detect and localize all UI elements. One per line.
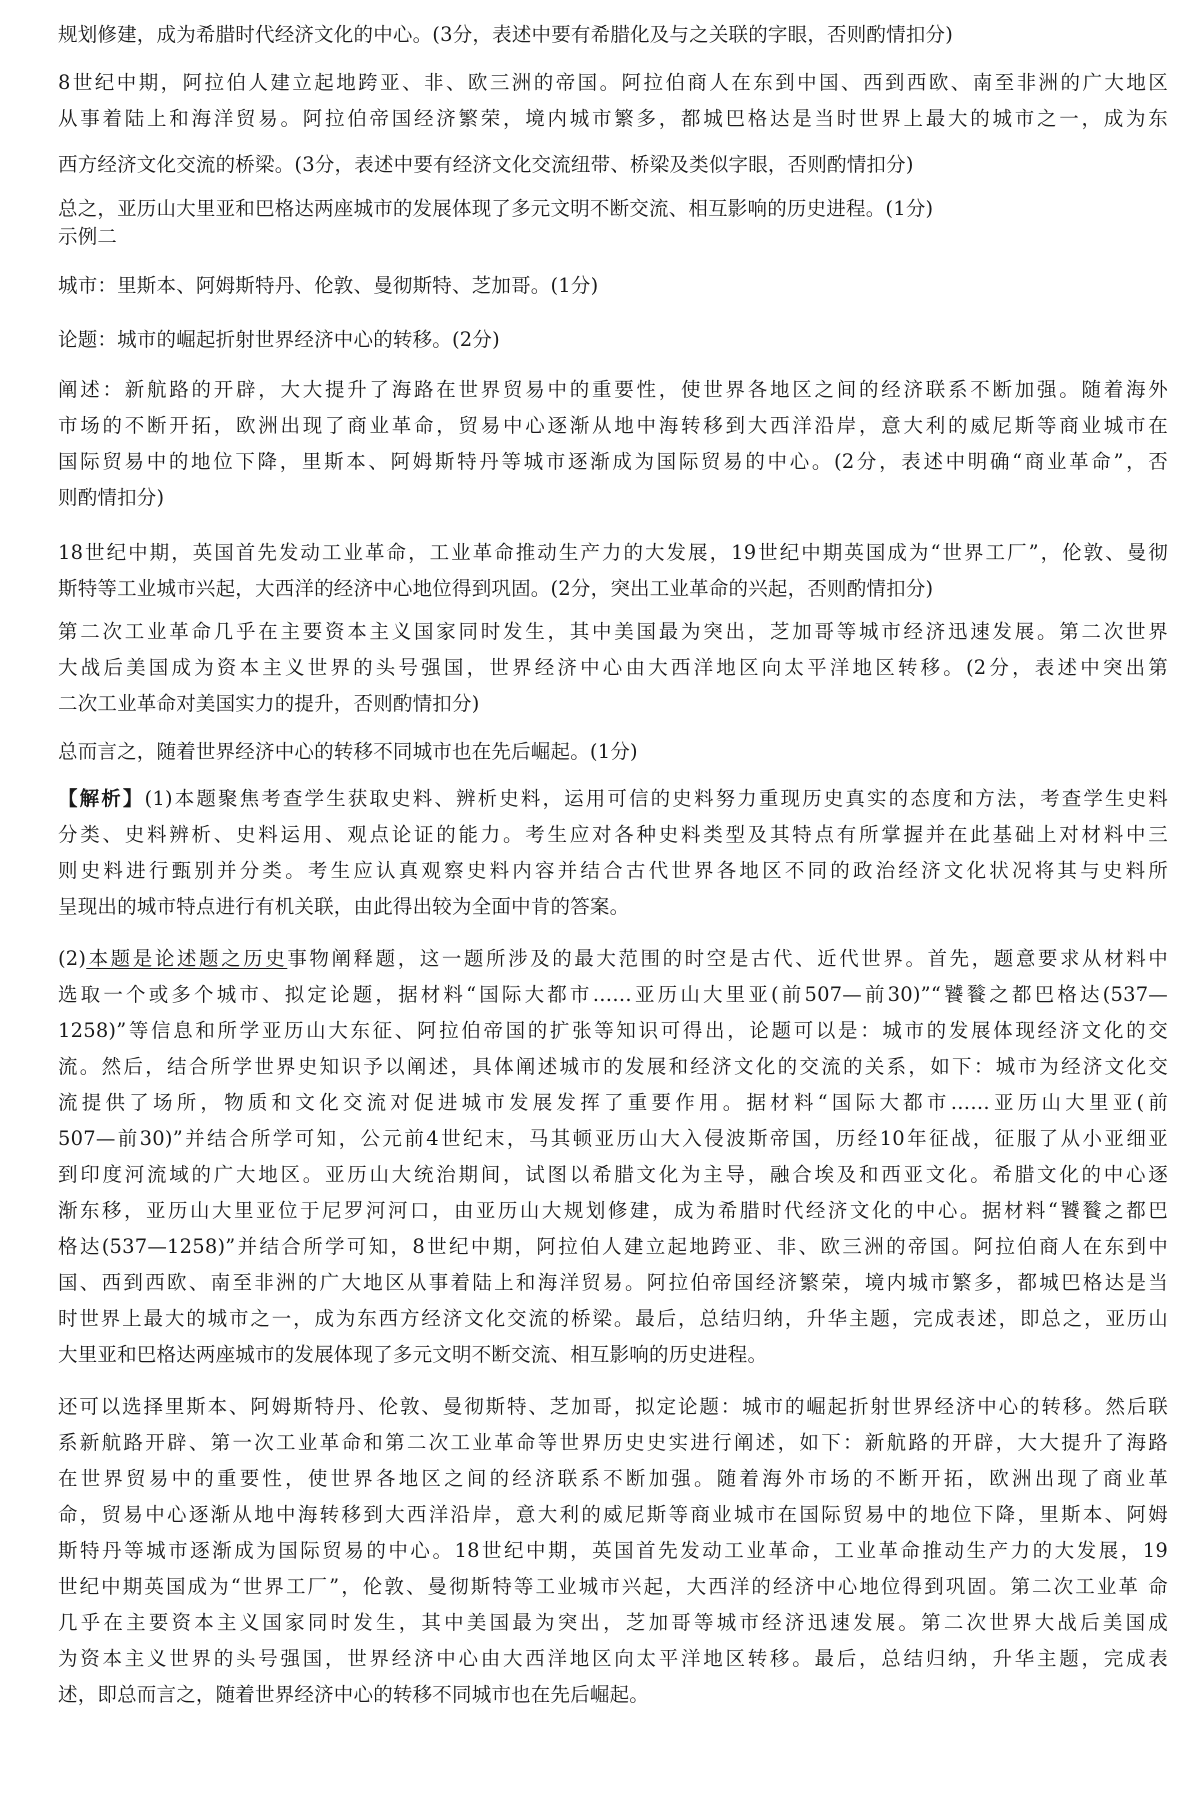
example2-paragraph-2-line: 18世纪中期，英国首先发动工业革命，工业革命推动生产力的大发展，19世纪中期英国… xyxy=(58,540,1168,566)
example2-paragraph-2-line: 斯特等工业城市兴起，大西洋的经济中心地位得到巩固。(2分，突出工业革命的兴起，否… xyxy=(58,576,933,602)
example2-thesis: 论题：城市的崛起折射世界经济中心的转移。(2分) xyxy=(58,327,500,353)
underlined-phrase: 本题是论述题之历史 xyxy=(86,947,287,970)
analysis-part3-line: 系新航路开辟、第一次工业革命和第二次工业革命等世界历史史实进行阐述，如下：新航路… xyxy=(58,1430,1168,1456)
example1-paragraph-2-line: 从事着陆上和海洋贸易。阿拉伯帝国经济繁荣，境内城市繁多，都城巴格达是当时世界上最… xyxy=(58,106,1168,132)
analysis-part2-line: 选取一个或多个城市、拟定论题，据材料“国际大都市……亚历山大里亚(前507—前3… xyxy=(58,982,1168,1008)
example2-paragraph-1-line: 阐述：新航路的开辟，大大提升了海路在世界贸易中的重要性，使世界各地区之间的经济联… xyxy=(58,377,1168,403)
analysis-part3-line: 几乎在主要资本主义国家同时发生，其中美国最为突出，芝加哥等城市经济迅速发展。第二… xyxy=(58,1610,1168,1636)
analysis-part2-line: 流。然后，结合所学世界史知识予以阐述，具体阐述城市的发展和经济文化的交流的关系，… xyxy=(58,1054,1168,1080)
example2-heading: 示例二 xyxy=(58,224,117,250)
analysis-part2-line: 507—前30)”并结合所学可知，公元前4世纪末，马其顿亚历山大入侵波斯帝国，历… xyxy=(58,1126,1168,1152)
analysis-part3-line: 斯特丹等城市逐渐成为国际贸易的中心。18世纪中期，英国首先发动工业革命，工业革命… xyxy=(58,1538,1168,1564)
analysis-part2-line: 渐东移，亚历山大里亚位于尼罗河河口，由亚历山大规划修建，成为希腊时代经济文化的中… xyxy=(58,1198,1168,1224)
analysis-part3-line: 命，贸易中心逐渐从地中海转移到大西洋沿岸，意大利的威尼斯等商业城市在国际贸易中的… xyxy=(58,1502,1168,1528)
analysis-part1-line: 【解析】(1)本题聚焦考查学生获取史料、辨析史料，运用可信的史料努力重现历史真实… xyxy=(58,786,1168,812)
example2-paragraph-3-line: 第二次工业革命几乎在主要资本主义国家同时发生，其中美国最为突出，芝加哥等城市经济… xyxy=(58,619,1168,645)
example2-paragraph-1-line: 市场的不断开拓，欧洲出现了商业革命，贸易中心逐渐从地中海转移到大西洋沿岸，意大利… xyxy=(58,413,1168,439)
analysis-label: 【解析】 xyxy=(58,787,145,810)
analysis-part2-prefix: (2) xyxy=(58,947,86,970)
analysis-part2-first-rest: 事物阐释题，这一题所涉及的最大范围的时空是古代、近代世界。首先，题意要求从材料中 xyxy=(287,947,1168,970)
analysis-part3-line: 为资本主义世界的头号强国，世界经济中心由大西洋地区向太平洋地区转移。最后，总结归… xyxy=(58,1646,1168,1672)
example2-paragraph-3-line: 二次工业革命对美国实力的提升，否则酌情扣分) xyxy=(58,691,480,717)
example1-paragraph-1-line: 规划修建，成为希腊时代经济文化的中心。(3分，表述中要有希腊化及与之关联的字眼，… xyxy=(58,22,953,48)
analysis-part2-line: 流提供了场所，物质和文化交流对促进城市发展发挥了重要作用。据材料“国际大都市……… xyxy=(58,1090,1168,1116)
analysis-part3-line: 述，即总而言之，随着世界经济中心的转移不同城市也在先后崛起。 xyxy=(58,1682,649,1708)
analysis-part2-line: 国、西到西欧、南至非洲的广大地区从事着陆上和海洋贸易。阿拉伯帝国经济繁荣，境内城… xyxy=(58,1270,1168,1296)
analysis-part1-text: (1)本题聚焦考查学生获取史料、辨析史料，运用可信的史料努力重现历史真实的态度和… xyxy=(145,787,1168,810)
example2-paragraph-3-line: 大战后美国成为资本主义世界的头号强国，世界经济中心由大西洋地区向太平洋地区转移。… xyxy=(58,655,1168,681)
analysis-part3-line: 还可以选择里斯本、阿姆斯特丹、伦敦、曼彻斯特、芝加哥，拟定论题：城市的崛起折射世… xyxy=(58,1394,1168,1420)
analysis-part1-line: 分类、史料辨析、史料运用、观点论证的能力。考生应对各种史料类型及其特点有所掌握并… xyxy=(58,822,1168,848)
analysis-part3-line: 世纪中期英国成为“世界工厂”，伦敦、曼彻斯特等工业城市兴起，大西洋的经济中心地位… xyxy=(58,1574,1168,1600)
analysis-part1-line: 呈现出的城市特点进行有机关联，由此得出较为全面中肯的答案。 xyxy=(58,894,629,920)
analysis-part2-line: (2)本题是论述题之历史事物阐释题，这一题所涉及的最大范围的时空是古代、近代世界… xyxy=(58,946,1168,972)
analysis-part2-line: 大里亚和巴格达两座城市的发展体现了多元文明不断交流、相互影响的历史进程。 xyxy=(58,1342,767,1368)
analysis-part2-line: 到印度河流域的广大地区。亚历山大统治期间，试图以希腊文化为主导，融合埃及和西亚文… xyxy=(58,1162,1168,1188)
example1-paragraph-2-line: 西方经济文化交流的桥梁。(3分，表述中要有经济文化交流纽带、桥梁及类似字眼，否则… xyxy=(58,152,914,178)
example2-paragraph-1-line: 则酌情扣分) xyxy=(58,485,164,511)
analysis-part1-line: 则史料进行甄别并分类。考生应认真观察史料内容并结合古代世界各地区不同的政治经济文… xyxy=(58,858,1168,884)
example2-summary: 总而言之，随着世界经济中心的转移不同城市也在先后崛起。(1分) xyxy=(58,739,638,765)
example1-paragraph-2-line: 8世纪中期，阿拉伯人建立起地跨亚、非、欧三洲的帝国。阿拉伯商人在东到中国、西到西… xyxy=(58,70,1168,96)
analysis-part2-line: 1258)”等信息和所学亚历山大东征、阿拉伯帝国的扩张等知识可得出，论题可以是：… xyxy=(58,1018,1168,1044)
analysis-part3-line: 在世界贸易中的重要性，使世界各地区之间的经济联系不断加强。随着海外市场的不断开拓… xyxy=(58,1466,1168,1492)
example2-paragraph-1-line: 国际贸易中的地位下降，里斯本、阿姆斯特丹等城市逐渐成为国际贸易的中心。(2分，表… xyxy=(58,449,1168,475)
example2-cities: 城市：里斯本、阿姆斯特丹、伦敦、曼彻斯特、芝加哥。(1分) xyxy=(58,273,598,299)
analysis-part2-line: 格达(537—1258)”并结合所学可知，8世纪中期，阿拉伯人建立起地跨亚、非、… xyxy=(58,1234,1168,1260)
example1-summary: 总之，亚历山大里亚和巴格达两座城市的发展体现了多元文明不断交流、相互影响的历史进… xyxy=(58,196,933,222)
analysis-part2-line: 时世界上最大的城市之一，成为东西方经济文化交流的桥梁。最后，总结归纳，升华主题，… xyxy=(58,1306,1168,1332)
